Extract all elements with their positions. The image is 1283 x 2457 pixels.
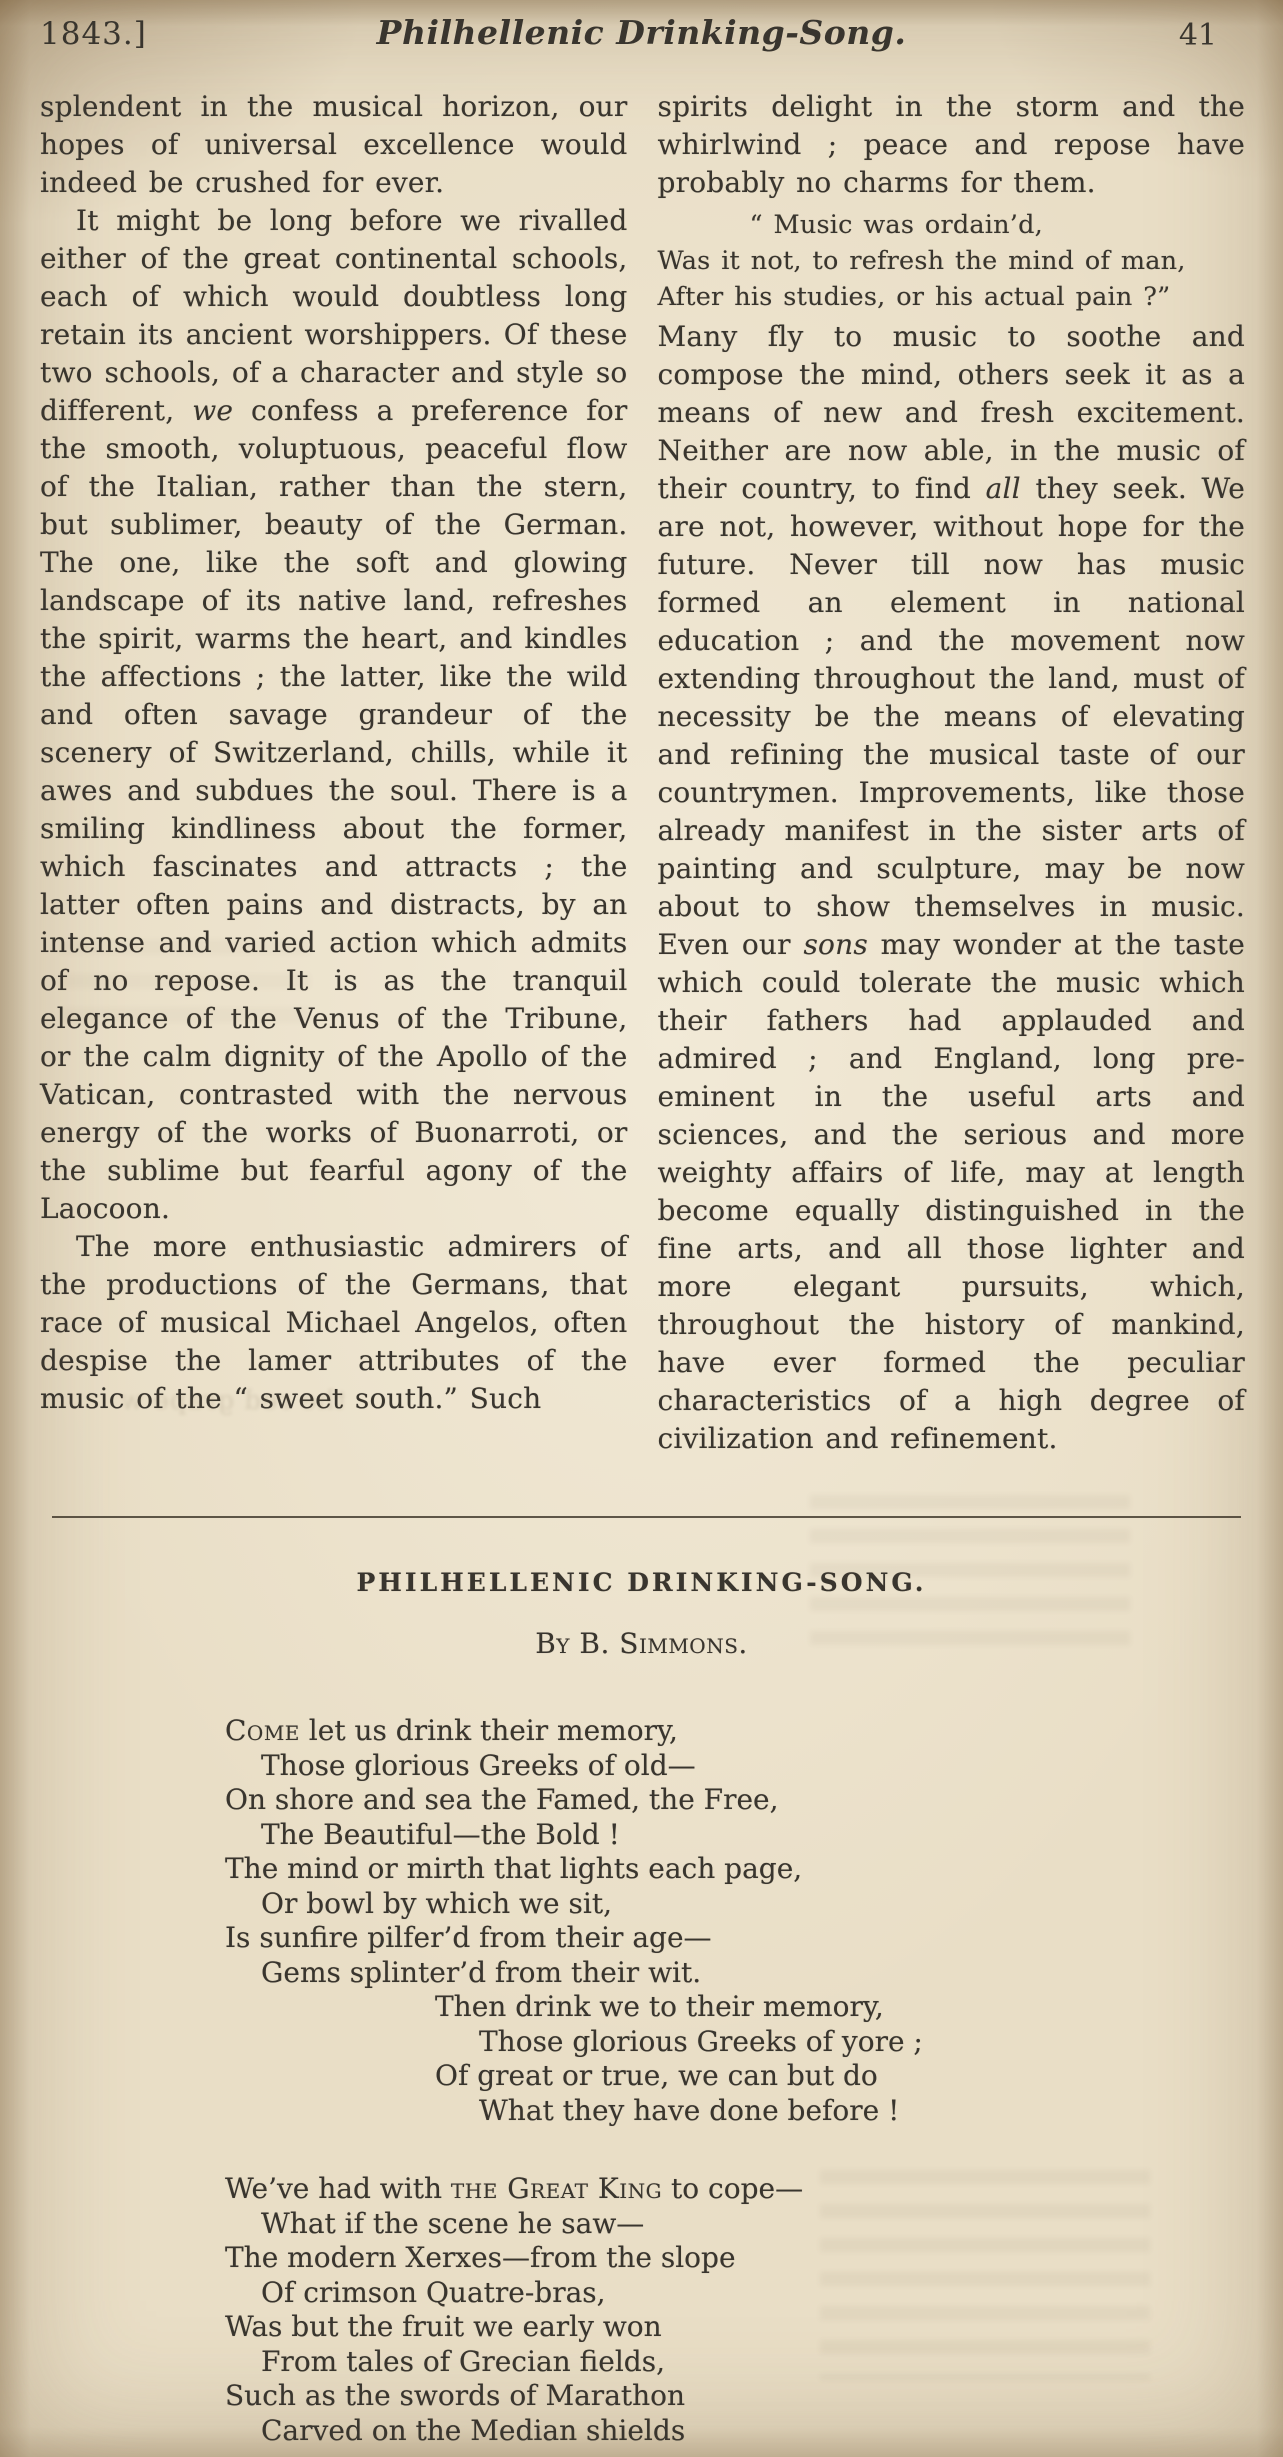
text-segment: Those glorious Greeks of yore ;: [479, 2025, 923, 2058]
text-segment: we: [192, 394, 233, 427]
paragraph: Many fly to music to soothe and compose …: [658, 318, 1246, 1458]
text-segment: What if the scene he saw—: [261, 2207, 644, 2240]
text-segment: the Great King: [451, 2172, 662, 2205]
text-segment: On shore and sea the Famed, the Free,: [225, 1783, 779, 1816]
page-number: 41: [1179, 18, 1217, 53]
text-segment: sons: [803, 928, 867, 961]
text-segment: Of great or true, we can but do: [435, 2059, 878, 2092]
text-segment: The more enthusiastic admirers of the pr…: [40, 1230, 628, 1415]
text-segment: From tales of Grecian fields,: [261, 2345, 665, 2378]
text-segment: The Beautiful—the Bold !: [261, 1818, 620, 1851]
text-segment: Carved on the Median shields: [261, 2414, 685, 2447]
verse-quote-line: After his studies, or his actual pain ?”: [658, 279, 1246, 315]
text-segment: splendent in the musical horizon, our ho…: [40, 90, 628, 199]
poem-line: What if the scene he saw—: [261, 2207, 1283, 2242]
poem-stanzas: Come let us drink their memory,Those glo…: [0, 1714, 1283, 2448]
text-segment: Such as the swords of Marathon: [225, 2379, 685, 2412]
text-segment: Those glorious Greeks of old—: [261, 1749, 696, 1782]
poem-section: PHILHELLENIC DRINKING-SONG. By B. Simmon…: [0, 1568, 1283, 2448]
text-segment: they seek. We are not, however, without …: [658, 472, 1246, 961]
verse-quote-line: “ Music was ordain’d,: [658, 207, 1246, 243]
inline-verse-quote: “ Music was ordain’d,Was it not, to refr…: [658, 207, 1246, 315]
poem-line: What they have done before !: [479, 2094, 1283, 2129]
poem-line: Or bowl by which we sit,: [261, 1887, 1283, 1922]
running-header: 1843.] Philhellenic Drinking-Song. 41: [0, 0, 1283, 76]
paragraph: spirits delight in the storm and the whi…: [658, 88, 1246, 202]
poem-line: Gems splinter’d from their wit.: [261, 1956, 1283, 1991]
text-segment: We’ve had with: [225, 2172, 451, 2205]
poem-line: Those glorious Greeks of old—: [261, 1749, 1283, 1784]
text-segment: By B. Simmons.: [535, 1627, 748, 1660]
poem-stanza: Come let us drink their memory,Those glo…: [225, 1714, 1283, 2128]
poem-line: Was but the fruit we early won: [225, 2310, 1283, 2345]
poem-line: Is sunfire pilfer’d from their age—: [225, 1921, 1283, 1956]
poem-line: Come let us drink their memory,: [225, 1714, 1283, 1749]
poem-line: Of crimson Quatre-bras,: [261, 2276, 1283, 2311]
poem-line: Then drink we to their memory,: [435, 1990, 1283, 2025]
text-segment: The modern Xerxes—from the slope: [225, 2241, 736, 2274]
text-segment: Or bowl by which we sit,: [261, 1887, 612, 1920]
poem-line: The Beautiful—the Bold !: [261, 1818, 1283, 1853]
poem-title: PHILHELLENIC DRINKING-SONG.: [0, 1568, 1283, 1597]
paragraph: The more enthusiastic admirers of the pr…: [40, 1228, 628, 1418]
text-segment: Is sunfire pilfer’d from their age—: [225, 1921, 712, 1954]
header-year: 1843.]: [40, 16, 147, 52]
text-segment: What they have done before !: [479, 2094, 899, 2127]
text-segment: Come: [225, 1714, 300, 1747]
text-segment: all: [986, 472, 1021, 505]
scanned-book-page: 1843.] Philhellenic Drinking-Song. 41 sp…: [0, 0, 1283, 2457]
text-segment: Then drink we to their memory,: [435, 1990, 884, 2023]
left-column: splendent in the musical horizon, our ho…: [40, 88, 628, 1458]
poem-line: The mind or mirth that lights each page,: [225, 1852, 1283, 1887]
text-segment: let us drink their memory,: [300, 1714, 678, 1747]
poem-line: Those glorious Greeks of yore ;: [479, 2025, 1283, 2060]
text-segment: may wonder at the taste which could tole…: [658, 928, 1246, 1455]
poem-line: Of great or true, we can but do: [435, 2059, 1283, 2094]
poem-line: Carved on the Median shields: [261, 2414, 1283, 2449]
text-segment: to cope—: [662, 2172, 803, 2205]
text-segment: spirits delight in the storm and the whi…: [658, 90, 1246, 199]
text-segment: confess a preference for the smooth, vol…: [40, 394, 628, 1225]
text-segment: Of crimson Quatre-bras,: [261, 2276, 606, 2309]
text-segment: The mind or mirth that lights each page,: [225, 1852, 802, 1885]
poem-line: On shore and sea the Famed, the Free,: [225, 1783, 1283, 1818]
poem-byline: By B. Simmons.: [0, 1627, 1283, 1660]
verse-quote-line: Was it not, to refresh the mind of man,: [658, 243, 1246, 279]
poem-line: Such as the swords of Marathon: [225, 2379, 1283, 2414]
poem-line: From tales of Grecian fields,: [261, 2345, 1283, 2380]
running-title: Philhellenic Drinking-Song.: [377, 13, 907, 52]
paragraph: splendent in the musical horizon, our ho…: [40, 88, 628, 202]
poem-line: We’ve had with the Great King to cope—: [225, 2172, 1283, 2207]
right-column: spirits delight in the storm and the whi…: [658, 88, 1246, 1458]
article-body: splendent in the musical horizon, our ho…: [0, 78, 1283, 1458]
text-segment: Was but the fruit we early won: [225, 2310, 662, 2343]
text-segment: Gems splinter’d from their wit.: [261, 1956, 701, 1989]
poem-stanza: We’ve had with the Great King to cope—Wh…: [225, 2172, 1283, 2448]
section-divider-rule: [52, 1516, 1241, 1518]
paragraph: It might be long before we rivalled eith…: [40, 202, 628, 1228]
poem-line: The modern Xerxes—from the slope: [225, 2241, 1283, 2276]
